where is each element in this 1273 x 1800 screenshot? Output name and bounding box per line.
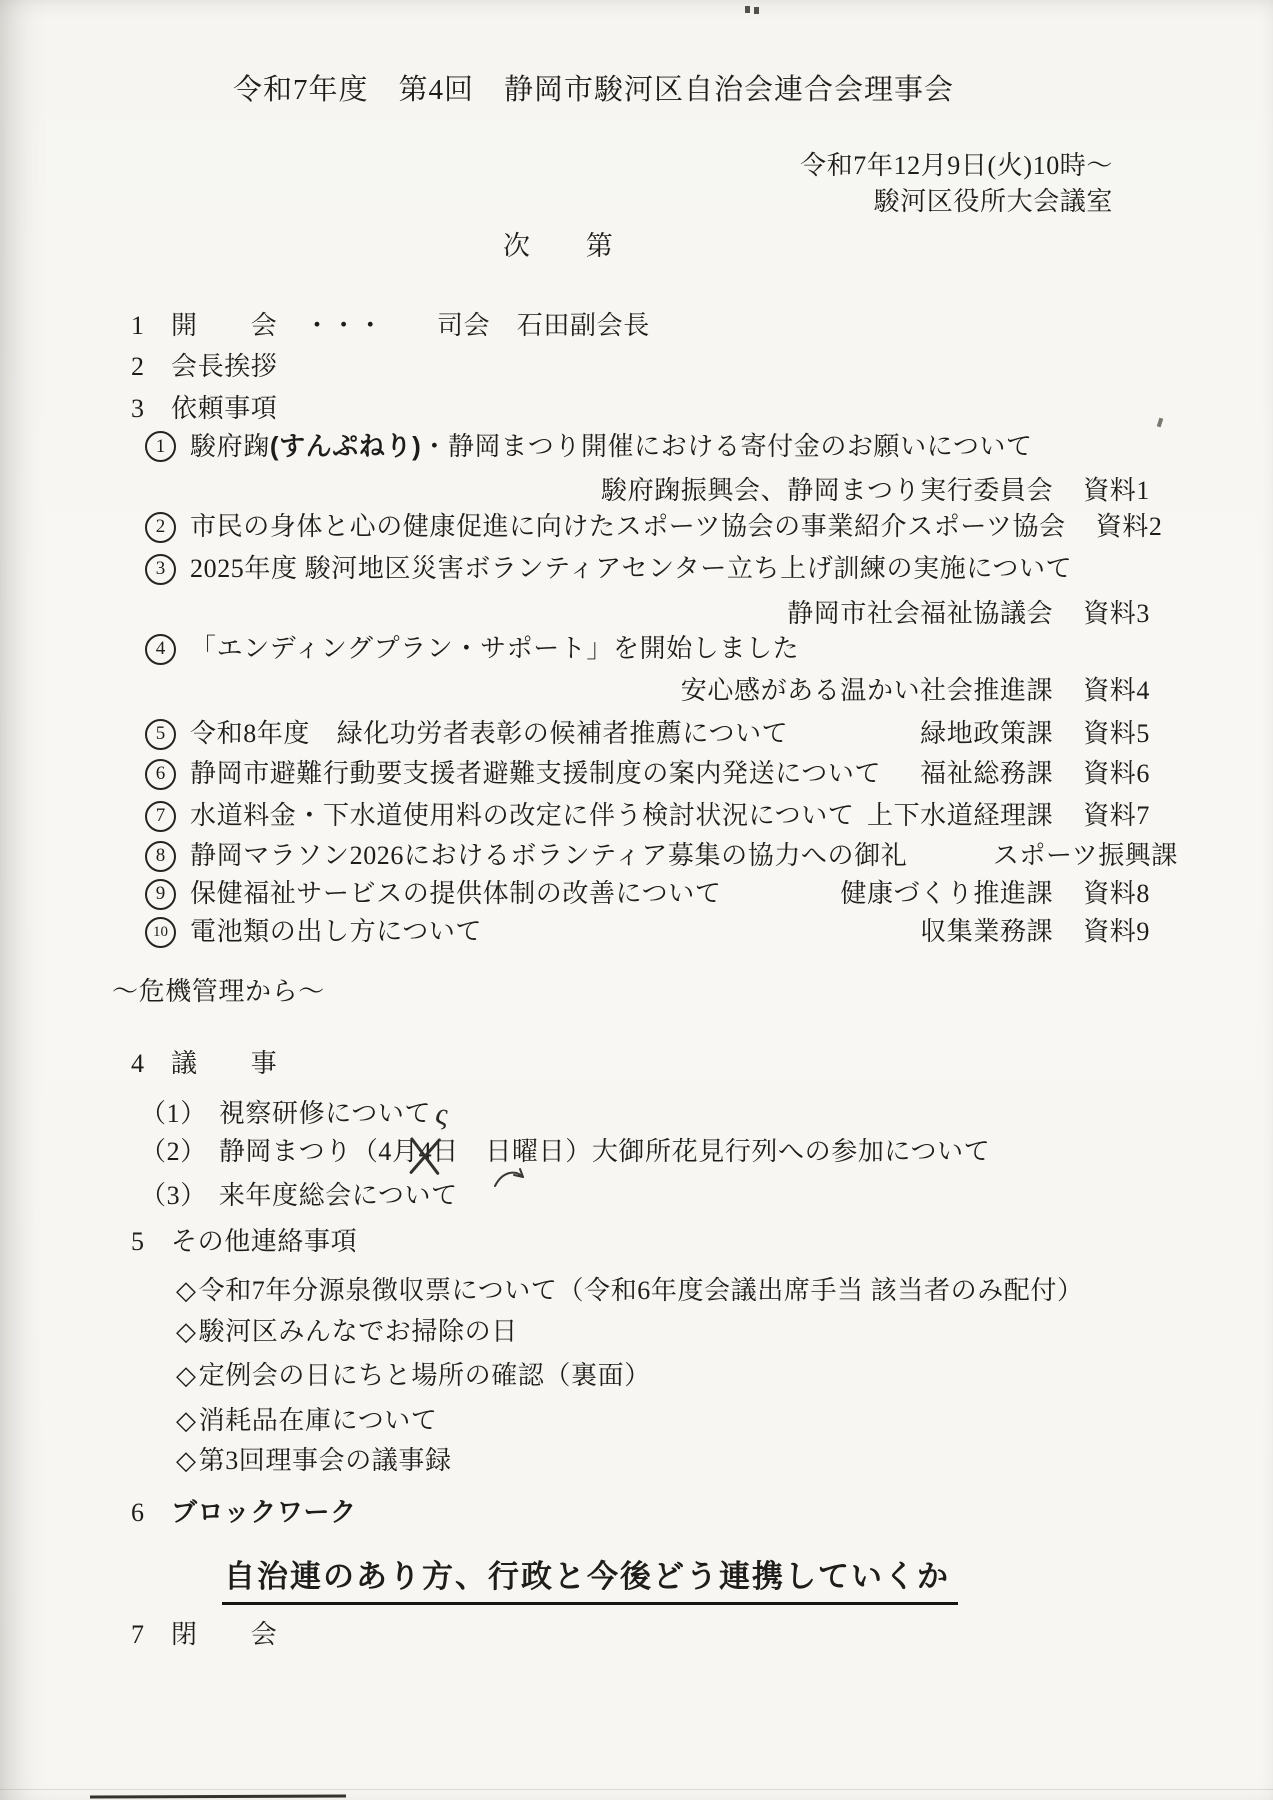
- scan-speck: [1157, 418, 1164, 428]
- section-text: 閉 会: [171, 1620, 277, 1649]
- proceeding-item-2: （2）静岡まつり（4月4日 日曜日）大御所花見行列への参加について: [140, 1136, 990, 1169]
- item-text: 令和7年分源泉徴収票について（令和6年度会議出席手当 該当者のみ配付）: [199, 1276, 1084, 1305]
- section-text: 議 事: [171, 1049, 277, 1078]
- item-marker: 2: [145, 512, 176, 543]
- doc-ref: 資料8: [1083, 878, 1150, 911]
- handwritten-arrow-mark: [492, 1166, 528, 1190]
- other-item-3: ◇定例会の日にちと場所の確認（裏面）: [176, 1360, 651, 1393]
- struck-date-digit: 4: [419, 1136, 433, 1169]
- item-text: 視察研修について: [219, 1099, 431, 1128]
- diamond-bullet: ◇: [176, 1406, 197, 1435]
- request-item-text: 静岡市避難行動要支援者避難支援制度の案内発送について: [190, 758, 881, 791]
- doc-ref: 資料7: [1083, 800, 1150, 833]
- org-name: 収集業務課: [920, 916, 1053, 949]
- section-number: 6: [131, 1497, 171, 1530]
- request-item-5: 5 令和8年度 緑化功労者表彰の候補者推薦について 緑地政策課資料5: [145, 718, 1150, 751]
- meeting-datetime: 令和7年12月9日(火)10時～: [800, 150, 1113, 183]
- section-text: 開 会 ・・・ 司会 石田副会長: [171, 311, 650, 340]
- request-item-text: 駿府踘(すんぷねり)・静岡まつり開催における寄付金のお願いについて: [190, 430, 1033, 464]
- item-text: 定例会の日にちと場所の確認（裏面）: [199, 1361, 651, 1390]
- blockwork-headline: 自治連のあり方、行政と今後どう連携していくか: [222, 1558, 958, 1605]
- item-marker: 3: [145, 554, 176, 585]
- item-marker: 8: [145, 841, 176, 872]
- other-item-1: ◇令和7年分源泉徴収票について（令和6年度会議出席手当 該当者のみ配付）: [176, 1275, 1084, 1308]
- doc-ref: 資料4: [1083, 670, 1150, 707]
- request-item-text: 2025年度 駿河地区災害ボランティアセンター立ち上げ訓練の実施について: [190, 553, 1072, 586]
- request-item-6: 6 静岡市避難行動要支援者避難支援制度の案内発送について 福祉総務課資料6: [145, 758, 1150, 791]
- request-item-1: 1 駿府踘(すんぷねり)・静岡まつり開催における寄付金のお願いについて: [145, 430, 1150, 464]
- item-marker: 6: [145, 759, 176, 790]
- org-name: スポーツ協会: [907, 511, 1066, 544]
- proceeding-item-1: （1）視察研修についてς: [140, 1093, 449, 1132]
- meeting-venue: 駿河区役所大会議室: [874, 186, 1113, 219]
- section-number: 5: [131, 1226, 171, 1259]
- doc-ref: 資料3: [1083, 593, 1150, 630]
- item-marker: 5: [145, 719, 176, 750]
- request-item-text: 令和8年度 緑化功労者表彰の候補者推薦について: [190, 718, 788, 751]
- section-text: 依頼事項: [171, 394, 277, 423]
- org-name: 安心感がある温かい社会推進課: [681, 670, 1053, 707]
- item-marker: 7: [145, 801, 176, 832]
- org-name: スポーツ振興課: [993, 840, 1178, 873]
- section-text: 会長挨拶: [171, 352, 277, 381]
- section-proceedings: 4議 事: [131, 1048, 277, 1081]
- scan-corner-line: [90, 1795, 346, 1799]
- request-item-3-attribution: 静岡市社会福祉協議会資料3: [787, 593, 1150, 630]
- request-item-text: 「エンディングプラン・サポート」を開始しました: [190, 633, 799, 666]
- other-item-5: ◇第3回理事会の議事録: [176, 1445, 452, 1478]
- handwritten-mark: ς: [433, 1094, 452, 1134]
- item-text: 来年度総会について: [219, 1181, 458, 1210]
- request-item-text: 静岡マラソン2026におけるボランティア募集の協力への御礼: [190, 840, 907, 873]
- request-item-10: 10 電池類の出し方について 収集業務課資料9: [145, 916, 1150, 949]
- section-others: 5その他連絡事項: [131, 1226, 357, 1259]
- scanned-agenda-page: 令和7年度 第4回 静岡市駿河区自治会連合会理事会 令和7年12月9日(火)10…: [0, 0, 1273, 1800]
- request-item-1-attribution: 駿府踘振興会、静岡まつり実行委員会資料1: [601, 470, 1150, 507]
- request-item-text: 保健福祉サービスの提供体制の改善について: [190, 878, 721, 911]
- item-marker: 1: [145, 431, 176, 462]
- doc-ref: 資料5: [1083, 718, 1150, 751]
- item-marker: 9: [145, 879, 176, 910]
- diamond-bullet: ◇: [176, 1446, 197, 1475]
- item-text: 静岡まつり（4月4日 日曜日）大御所花見行列への参加について: [219, 1137, 991, 1166]
- section-greeting: 2会長挨拶: [131, 351, 277, 384]
- item-text: 駿河区みんなでお掃除の日: [199, 1317, 518, 1346]
- doc-ref: 資料1: [1083, 470, 1150, 507]
- diamond-bullet: ◇: [176, 1361, 197, 1390]
- section-number: 1: [131, 310, 171, 343]
- org-name: 緑地政策課: [920, 718, 1053, 751]
- item-number: （2）: [140, 1137, 207, 1166]
- agenda-heading: 次 第: [503, 230, 613, 264]
- item-text: 消耗品在庫について: [199, 1406, 438, 1435]
- diamond-bullet: ◇: [176, 1276, 197, 1305]
- org-name: 健康づくり推進課: [840, 878, 1053, 911]
- doc-title: 令和7年度 第4回 静岡市駿河区自治会連合会理事会: [233, 72, 954, 108]
- doc-ref: 資料2: [1096, 511, 1163, 544]
- section-text: ブロックワーク: [171, 1497, 357, 1527]
- item-text: 第3回理事会の議事録: [199, 1446, 452, 1475]
- request-item-2: 2 市民の身体と心の健康促進に向けたスポーツ協会の事業紹介 スポーツ協会資料2: [145, 511, 1150, 544]
- org-name: 静岡市社会福祉協議会: [787, 593, 1053, 630]
- doc-ref: 資料6: [1083, 758, 1150, 791]
- other-item-2: ◇駿河区みんなでお掃除の日: [176, 1316, 518, 1349]
- org-name: 福祉総務課: [920, 758, 1053, 791]
- org-name: 上下水道経理課: [867, 800, 1053, 833]
- section-number: 4: [131, 1048, 171, 1081]
- doc-ref: 資料9: [1083, 916, 1150, 949]
- section-closing: 7閉 会: [131, 1619, 277, 1652]
- request-item-4: 4 「エンディングプラン・サポート」を開始しました: [145, 633, 1150, 666]
- request-item-4-attribution: 安心感がある温かい社会推進課資料4: [681, 670, 1150, 707]
- request-item-8: 8 静岡マラソン2026におけるボランティア募集の協力への御礼 スポーツ振興課: [145, 840, 1178, 873]
- request-item-text: 水道料金・下水道使用料の改定に伴う検討状況について: [190, 800, 854, 833]
- proceeding-item-3: （3）来年度総会について: [140, 1180, 458, 1213]
- diamond-bullet: ◇: [176, 1317, 197, 1346]
- crisis-management-note: ～危機管理から～: [112, 976, 325, 1009]
- request-item-text: 市民の身体と心の健康促進に向けたスポーツ協会の事業紹介: [190, 511, 907, 544]
- section-blockwork: 6ブロックワーク: [131, 1496, 357, 1530]
- section-number: 3: [131, 393, 171, 426]
- org-name: 駿府踘振興会、静岡まつり実行委員会: [601, 470, 1053, 507]
- section-opening: 1開 会 ・・・ 司会 石田副会長: [131, 310, 650, 343]
- section-text: その他連絡事項: [171, 1227, 357, 1256]
- request-item-7: 7 水道料金・下水道使用料の改定に伴う検討状況について 上下水道経理課資料7: [145, 800, 1150, 833]
- item-number: （3）: [140, 1181, 207, 1210]
- item-marker: 10: [145, 917, 176, 948]
- scan-edge-line: [0, 1789, 1273, 1790]
- section-requests: 3依頼事項: [131, 393, 277, 426]
- item-number: （1）: [140, 1099, 207, 1128]
- other-item-4: ◇消耗品在庫について: [176, 1405, 438, 1438]
- scan-speck: [745, 6, 750, 13]
- section-number: 2: [131, 351, 171, 384]
- request-item-9: 9 保健福祉サービスの提供体制の改善について 健康づくり推進課資料8: [145, 878, 1150, 911]
- section-number: 7: [131, 1619, 171, 1652]
- request-item-text: 電池類の出し方について: [190, 916, 482, 949]
- item-marker: 4: [145, 634, 176, 665]
- request-item-3: 3 2025年度 駿河地区災害ボランティアセンター立ち上げ訓練の実施について: [145, 553, 1150, 586]
